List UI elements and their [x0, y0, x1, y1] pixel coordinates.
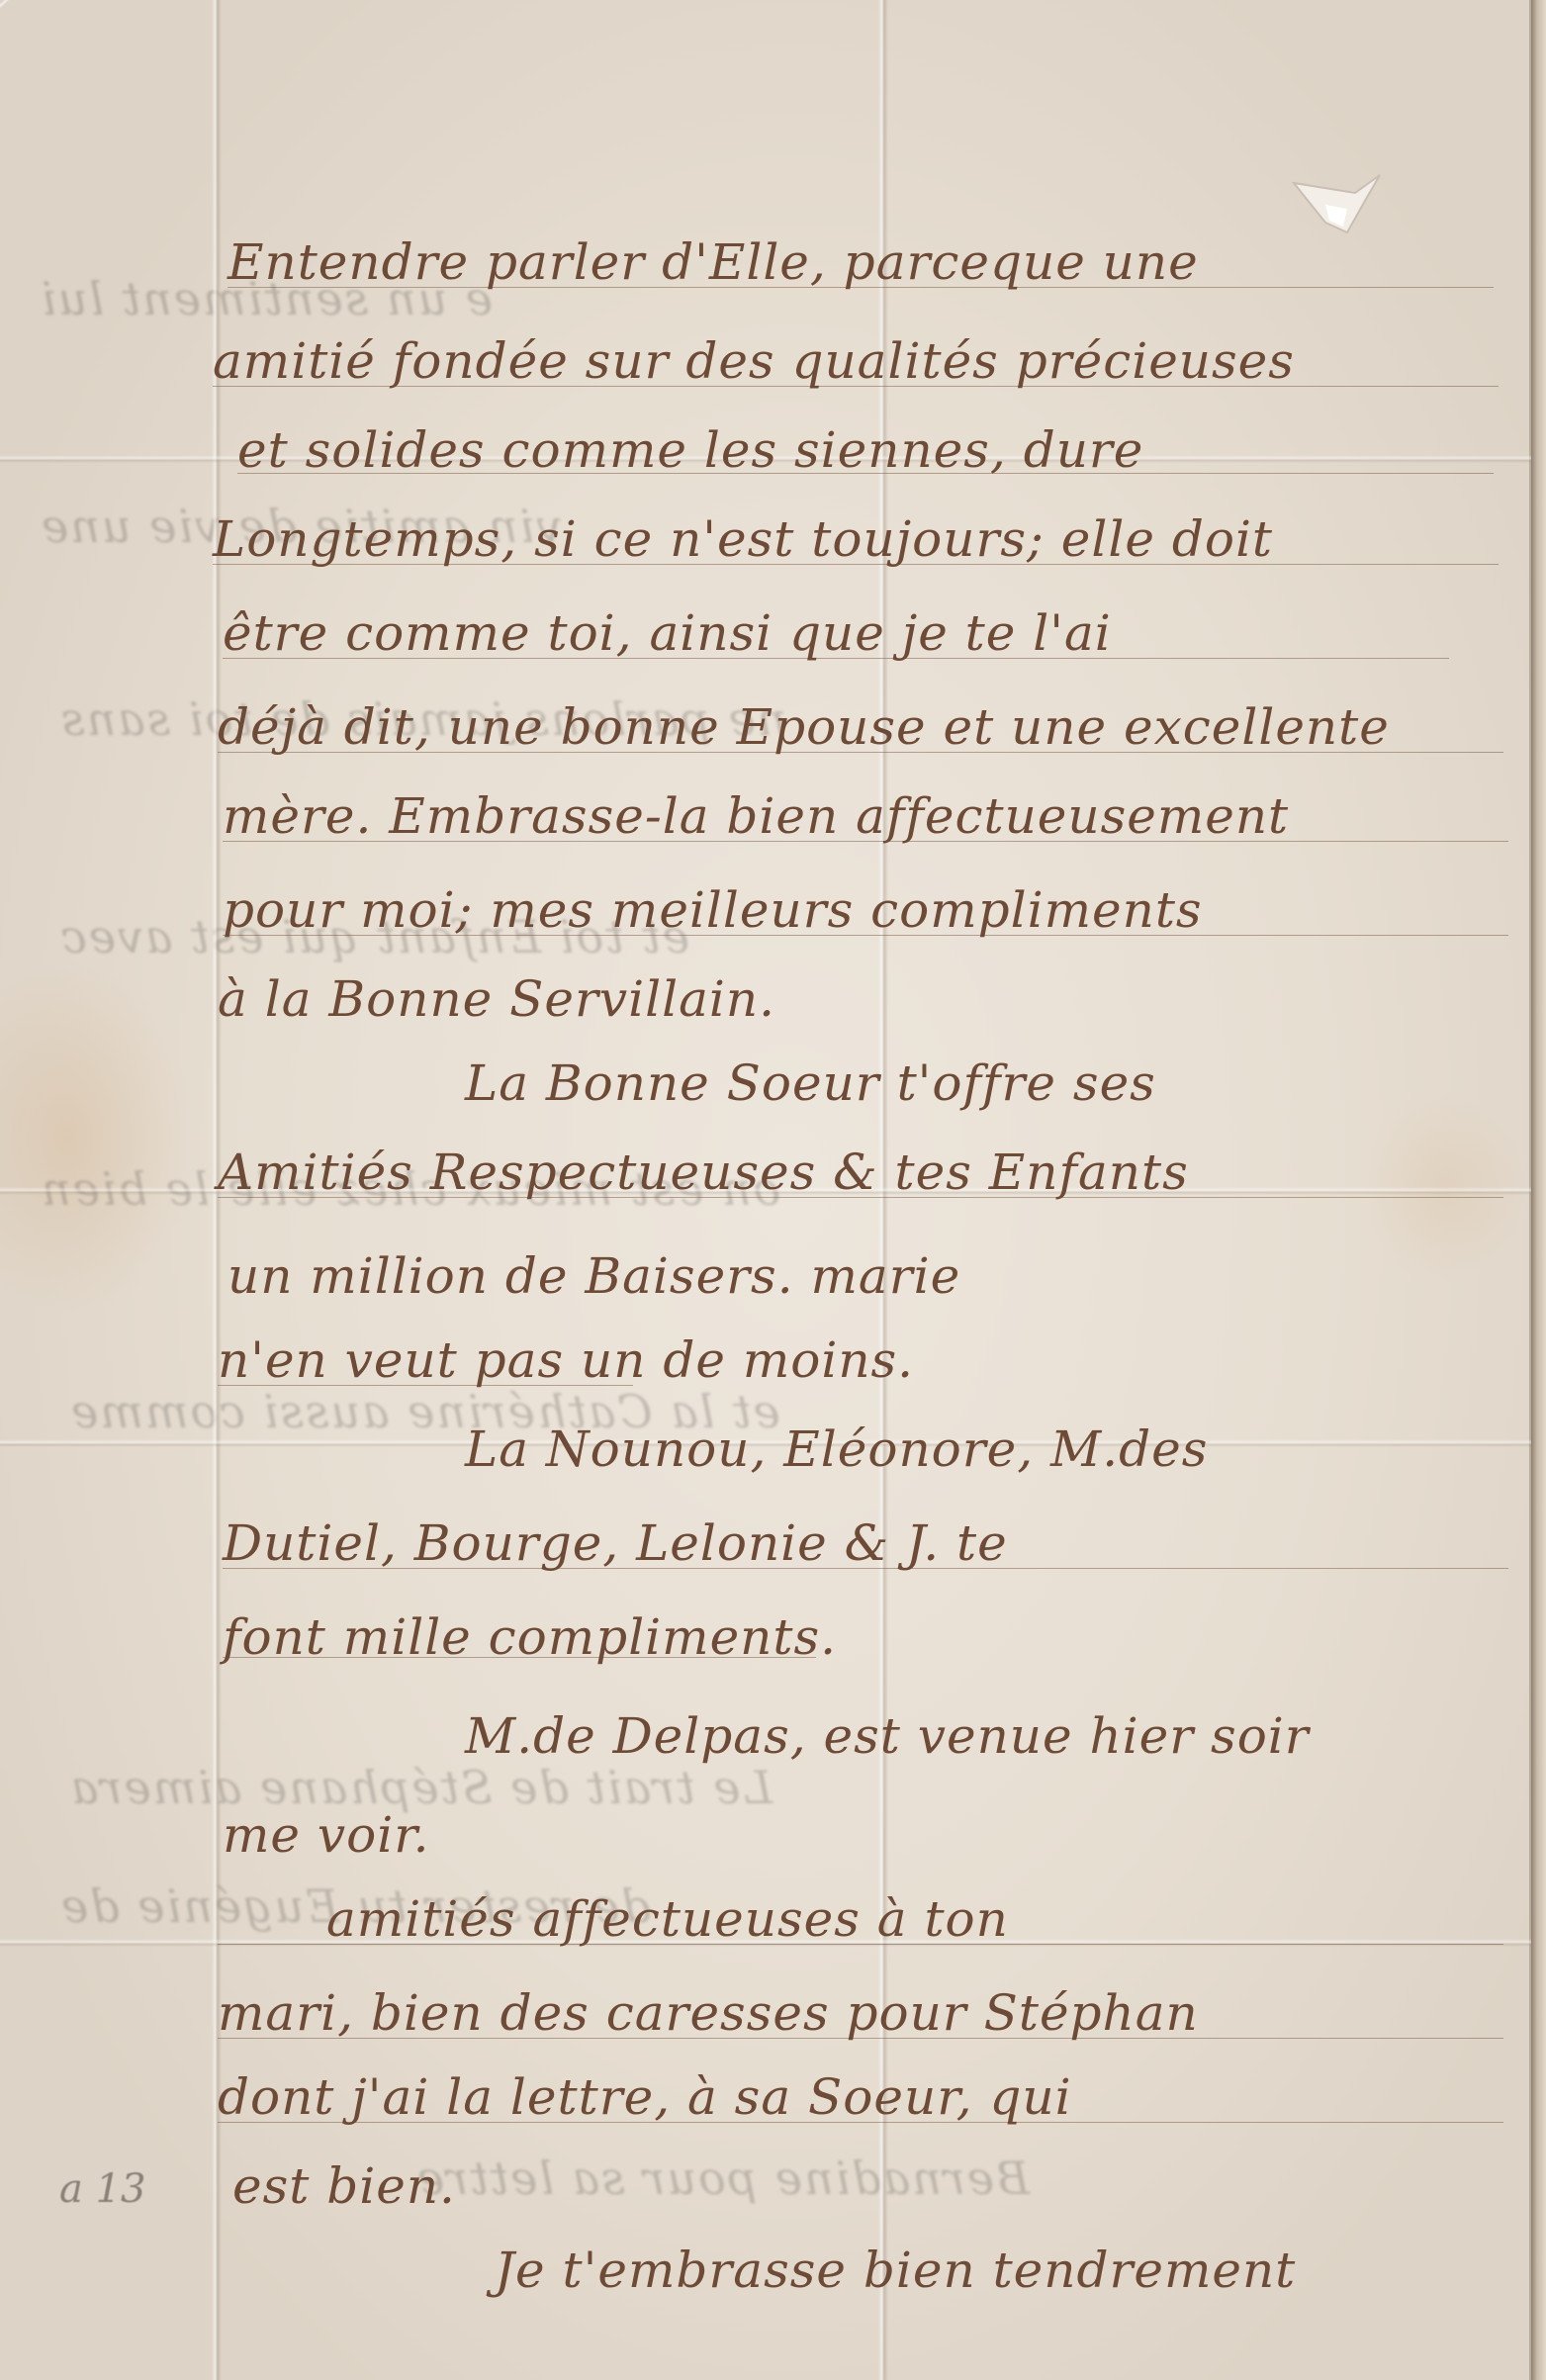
letter-line: déjà dit, une bonne Epouse et une excell… — [218, 702, 1390, 752]
letter-line: est bien. — [232, 2161, 456, 2211]
letter-line: et solides comme les siennes, dure — [237, 425, 1143, 475]
letter-line: M.de Delpas, est venue hier soir — [465, 1711, 1310, 1761]
corner-crease — [0, 0, 153, 42]
letter-sheet: e un sentiment lui vin amitie de vie une… — [0, 0, 1531, 2380]
letter-line: Entendre parler d'Elle, parceque une — [227, 237, 1199, 287]
paper-edge — [1531, 0, 1546, 2380]
letter-line: amitiés affectueuses à ton — [326, 1894, 1009, 1944]
letter-line: Amitiés Respectueuses & tes Enfants — [218, 1147, 1189, 1197]
letter-line: dont j'ai la lettre, à sa Soeur, qui — [218, 2072, 1072, 2122]
letter-line: être comme toi, ainsi que je te l'ai — [223, 608, 1112, 658]
letter-line: font mille compliments. — [223, 1612, 837, 1662]
letter-line: un million de Baisers. marie — [227, 1251, 960, 1301]
letter-line: me voir. — [223, 1810, 430, 1860]
letter-line: à la Bonne Servillain. — [218, 974, 775, 1024]
letter-line: mère. Embrasse-la bien affectueusement — [223, 791, 1289, 841]
bleed-through-text: Bernadine pour sa lettre — [415, 2151, 1030, 2205]
paper-tear-icon — [1286, 163, 1395, 242]
letter-line: n'en veut pas un de moins. — [218, 1335, 914, 1385]
letter-line: Dutiel, Bourge, Lelonie & J. te — [223, 1518, 1008, 1568]
letter-line: La Bonne Soeur t'offre ses — [465, 1058, 1156, 1108]
letter-line: pour moi; mes meilleurs compliments — [223, 885, 1203, 935]
letter-line: amitié fondée sur des qualités précieuse… — [213, 336, 1295, 386]
letter-line: Longtemps, si ce n'est toujours; elle do… — [213, 514, 1273, 564]
letter-line: La Nounou, Eléonore, M.des — [465, 1424, 1208, 1474]
letter-line: mari, bien des caresses pour Stéphan — [218, 1988, 1199, 2038]
letter-line: Je t'embrasse bien tendrement — [495, 2245, 1296, 2295]
margin-note: a 13 — [59, 2166, 145, 2212]
